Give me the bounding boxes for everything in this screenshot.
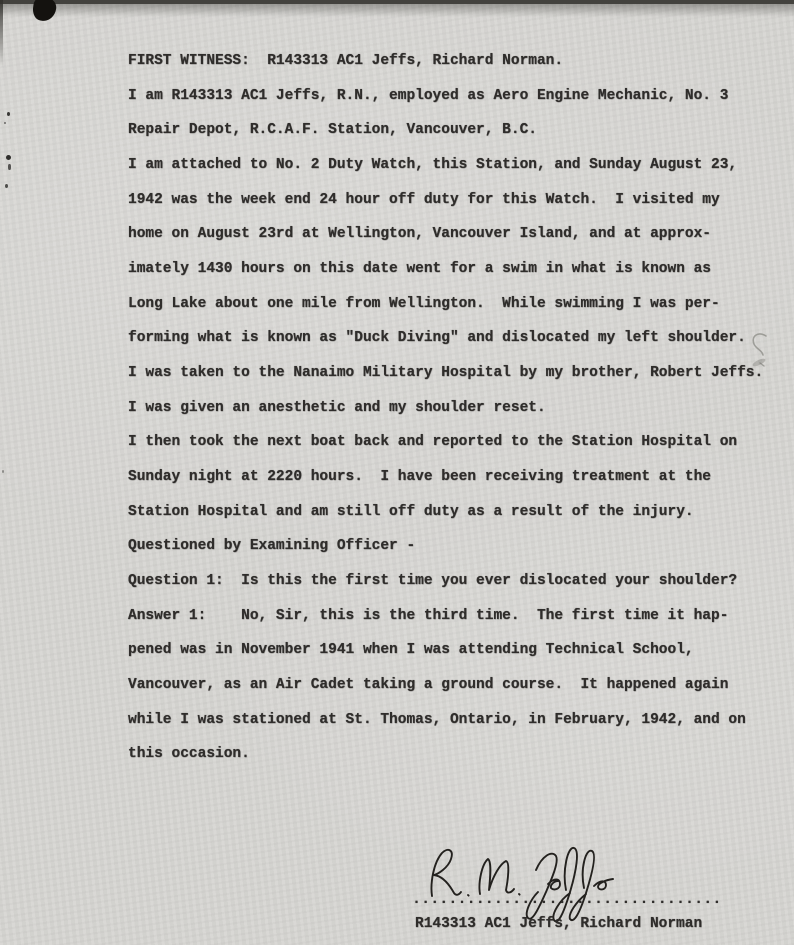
text-line: 1942 was the week end 24 hour off duty f…: [128, 183, 788, 218]
text-line: I then took the next boat back and repor…: [128, 425, 788, 460]
testimony-text: FIRST WITNESS: R143313 AC1 Jeffs, Richar…: [128, 44, 788, 772]
text-line: Vancouver, as an Air Cadet taking a grou…: [128, 668, 788, 703]
ink-speck: [8, 164, 11, 170]
ink-speck: [6, 155, 11, 160]
scanner-left-edge: [0, 0, 3, 66]
ink-speck: [2, 470, 4, 473]
text-line: I am R143313 AC1 Jeffs, R.N., employed a…: [128, 79, 788, 114]
text-line: while I was stationed at St. Thomas, Ont…: [128, 703, 788, 738]
text-line: I was taken to the Nanaimo Military Hosp…: [128, 356, 788, 391]
text-line: I am attached to No. 2 Duty Watch, this …: [128, 148, 788, 183]
text-line: this occasion.: [128, 737, 788, 772]
text-line: FIRST WITNESS: R143313 AC1 Jeffs, Richar…: [128, 44, 788, 79]
signature-dotted-line: ..................................: [412, 890, 721, 910]
text-line: Repair Depot, R.C.A.F. Station, Vancouve…: [128, 113, 788, 148]
text-line: Long Lake about one mile from Wellington…: [128, 287, 788, 322]
ink-speck: [5, 184, 8, 188]
ink-speck: [4, 122, 6, 124]
text-line: home on August 23rd at Wellington, Vanco…: [128, 217, 788, 252]
text-line: pened was in November 1941 when I was at…: [128, 633, 788, 668]
text-line: forming what is known as "Duck Diving" a…: [128, 321, 788, 356]
signature-typed-name: R143313 AC1 Jeffs, Richard Norman: [415, 913, 702, 935]
text-line: Station Hospital and am still off duty a…: [128, 495, 788, 530]
text-line: Sunday night at 2220 hours. I have been …: [128, 460, 788, 495]
text-line: Question 1: Is this the first time you e…: [128, 564, 788, 599]
text-line: Answer 1: No, Sir, this is the third tim…: [128, 599, 788, 634]
text-line: imately 1430 hours on this date went for…: [128, 252, 788, 287]
ink-speck: [7, 112, 10, 116]
scanner-top-edge-shadow: [0, 4, 794, 17]
text-line: I was given an anesthetic and my shoulde…: [128, 391, 788, 426]
text-line: Questioned by Examining Officer -: [128, 529, 788, 564]
